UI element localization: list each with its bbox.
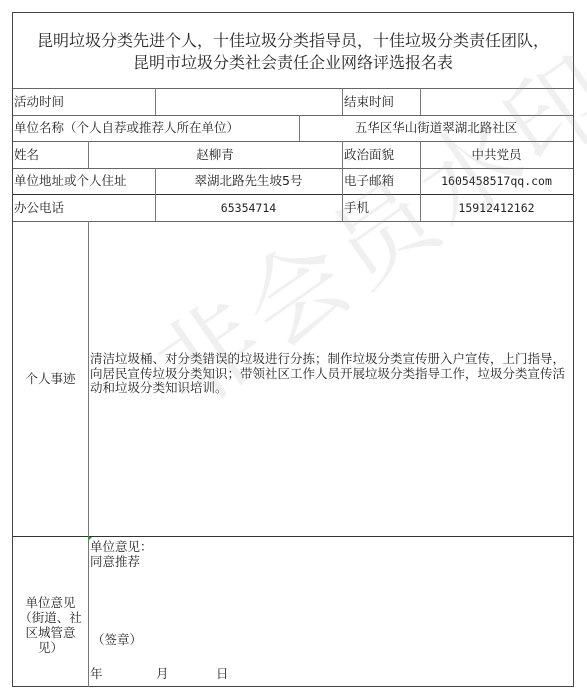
end-time-field[interactable] (420, 88, 573, 115)
mobile-label: 手机 (343, 194, 420, 221)
deeds-field[interactable]: 清洁垃圾桶、对分类错误的垃圾进行分拣；制作垃圾分类宣传册入户宣传，上门指导，向居… (90, 352, 572, 396)
date-day-label: 日 (216, 664, 229, 682)
email-label: 电子邮箱 (343, 168, 420, 194)
divider (13, 221, 573, 222)
form-title-line-2: 昆明市垃圾分类社会责任企业网络评选报名表 (133, 52, 453, 74)
office-phone-label: 办公电话 (13, 194, 155, 221)
deeds-label: 个人事迹 (13, 221, 88, 536)
activity-time-label: 活动时间 (13, 88, 155, 115)
unit-name-label: 单位名称（个人自荐或推荐人所在单位） (13, 115, 299, 141)
activity-time-field[interactable] (155, 88, 342, 115)
mobile-field[interactable]: 15912412162 (420, 194, 573, 221)
form-title: 昆明垃圾分类先进个人，十佳垃圾分类指导员，十佳垃圾分类责任团队， 昆明市垃圾分类… (13, 13, 573, 88)
opinion-label-line: 单位意见 (13, 595, 88, 610)
registration-form: 昆明垃圾分类先进个人，十佳垃圾分类指导员，十佳垃圾分类责任团队， 昆明市垃圾分类… (12, 12, 574, 687)
opinion-value: 同意推荐 (90, 554, 153, 569)
opinion-heading: 单位意见： (90, 539, 153, 554)
date-year-label: 年 (90, 664, 103, 682)
name-label: 姓名 (13, 141, 88, 168)
divider (88, 221, 89, 687)
opinion-label-line: 见） (13, 640, 88, 655)
political-status-label: 政治面貌 (343, 141, 420, 168)
opinion-label-line: （街道、社 (13, 610, 88, 625)
email-field[interactable]: 1605458517qq.com (420, 168, 573, 194)
seal-label: （签章） (92, 630, 142, 648)
date-month-label: 月 (156, 664, 169, 682)
name-field[interactable]: 赵柳青 (88, 141, 342, 168)
office-phone-field[interactable]: 65354714 (155, 194, 342, 221)
form-title-line-1: 昆明垃圾分类先进个人，十佳垃圾分类指导员，十佳垃圾分类责任团队， (37, 30, 549, 52)
divider (13, 536, 573, 537)
end-time-label: 结束时间 (343, 88, 420, 115)
opinion-label-line: 区城管意 (13, 625, 88, 640)
political-status-field[interactable]: 中共党员 (420, 141, 573, 168)
form-page: 昆明垃圾分类先进个人，十佳垃圾分类指导员，十佳垃圾分类责任团队， 昆明市垃圾分类… (0, 0, 587, 700)
opinion-label: 单位意见 （街道、社 区城管意 见） (13, 595, 88, 655)
opinion-field[interactable]: 单位意见： 同意推荐 (90, 539, 153, 569)
address-field[interactable]: 翠湖北路先生坡5号 (155, 168, 342, 194)
unit-name-field[interactable]: 五华区华山街道翠湖北路社区 (299, 115, 573, 141)
address-label: 单位地址或个人住址 (13, 168, 155, 194)
